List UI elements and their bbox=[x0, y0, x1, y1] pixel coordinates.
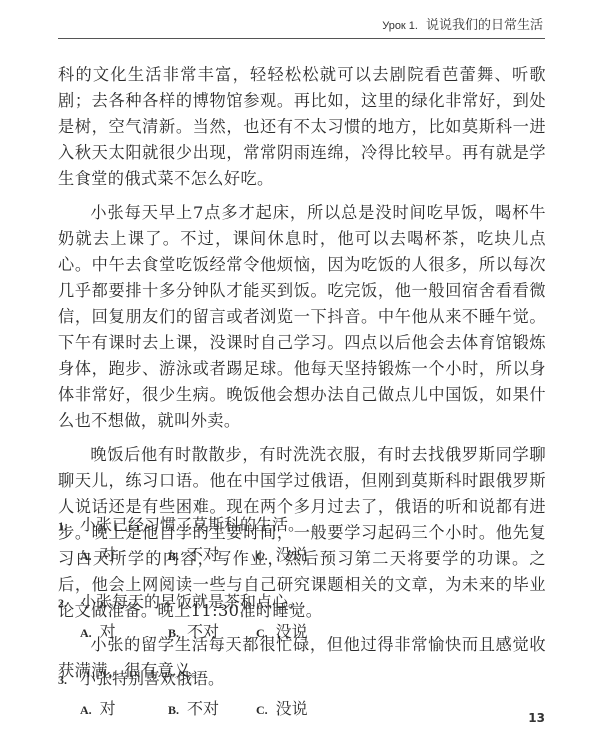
answer-option-c[interactable]: C.没说 bbox=[256, 544, 344, 567]
question-stem: 小张每天的早饭就是茶和点心。 bbox=[80, 592, 304, 611]
answer-option-c[interactable]: C.没说 bbox=[256, 698, 344, 721]
lesson-title: 说说我们的日常生活 bbox=[426, 18, 543, 33]
question-number: 1. bbox=[58, 514, 80, 538]
answer-option-a[interactable]: A.对 bbox=[80, 698, 168, 721]
question-number: 3. bbox=[58, 668, 80, 692]
question-list: 1.小张已经习惯了莫斯科的生活。 A.对 B.不对 C.没说 2.小张每天的早饭… bbox=[58, 513, 546, 744]
question: 2.小张每天的早饭就是茶和点心。 A.对 B.不对 C.没说 bbox=[58, 590, 546, 644]
lesson-number: Урок 1. bbox=[382, 20, 418, 32]
question-stem: 小张特别喜欢俄语。 bbox=[80, 669, 224, 688]
question-stem: 小张已经习惯了莫斯科的生活。 bbox=[80, 515, 304, 534]
answer-option-b[interactable]: B.不对 bbox=[168, 544, 256, 567]
answer-option-a[interactable]: A.对 bbox=[80, 544, 168, 567]
page-number: 13 bbox=[528, 711, 545, 725]
answer-option-a[interactable]: A.对 bbox=[80, 621, 168, 644]
answer-option-b[interactable]: B.不对 bbox=[168, 621, 256, 644]
header-title: Урок 1.说说我们的日常生活 bbox=[382, 14, 543, 33]
answer-option-c[interactable]: C.没说 bbox=[256, 621, 344, 644]
answer-option-b[interactable]: B.不对 bbox=[168, 698, 256, 721]
paragraph: 科的文化生活非常丰富，轻轻松松就可以去剧院看芭蕾舞、听歌剧；去各种各样的博物馆参… bbox=[58, 62, 546, 192]
running-header: Урок 1.说说我们的日常生活 bbox=[58, 12, 545, 39]
question-number: 2. bbox=[58, 591, 80, 615]
question: 1.小张已经习惯了莫斯科的生活。 A.对 B.不对 C.没说 bbox=[58, 513, 546, 567]
paragraph: 小张每天早上7点多才起床，所以总是没时间吃早饭，喝杯牛奶就去上课了。不过，课间休… bbox=[58, 200, 546, 434]
question: 3.小张特别喜欢俄语。 A.对 B.不对 C.没说 bbox=[58, 667, 546, 721]
